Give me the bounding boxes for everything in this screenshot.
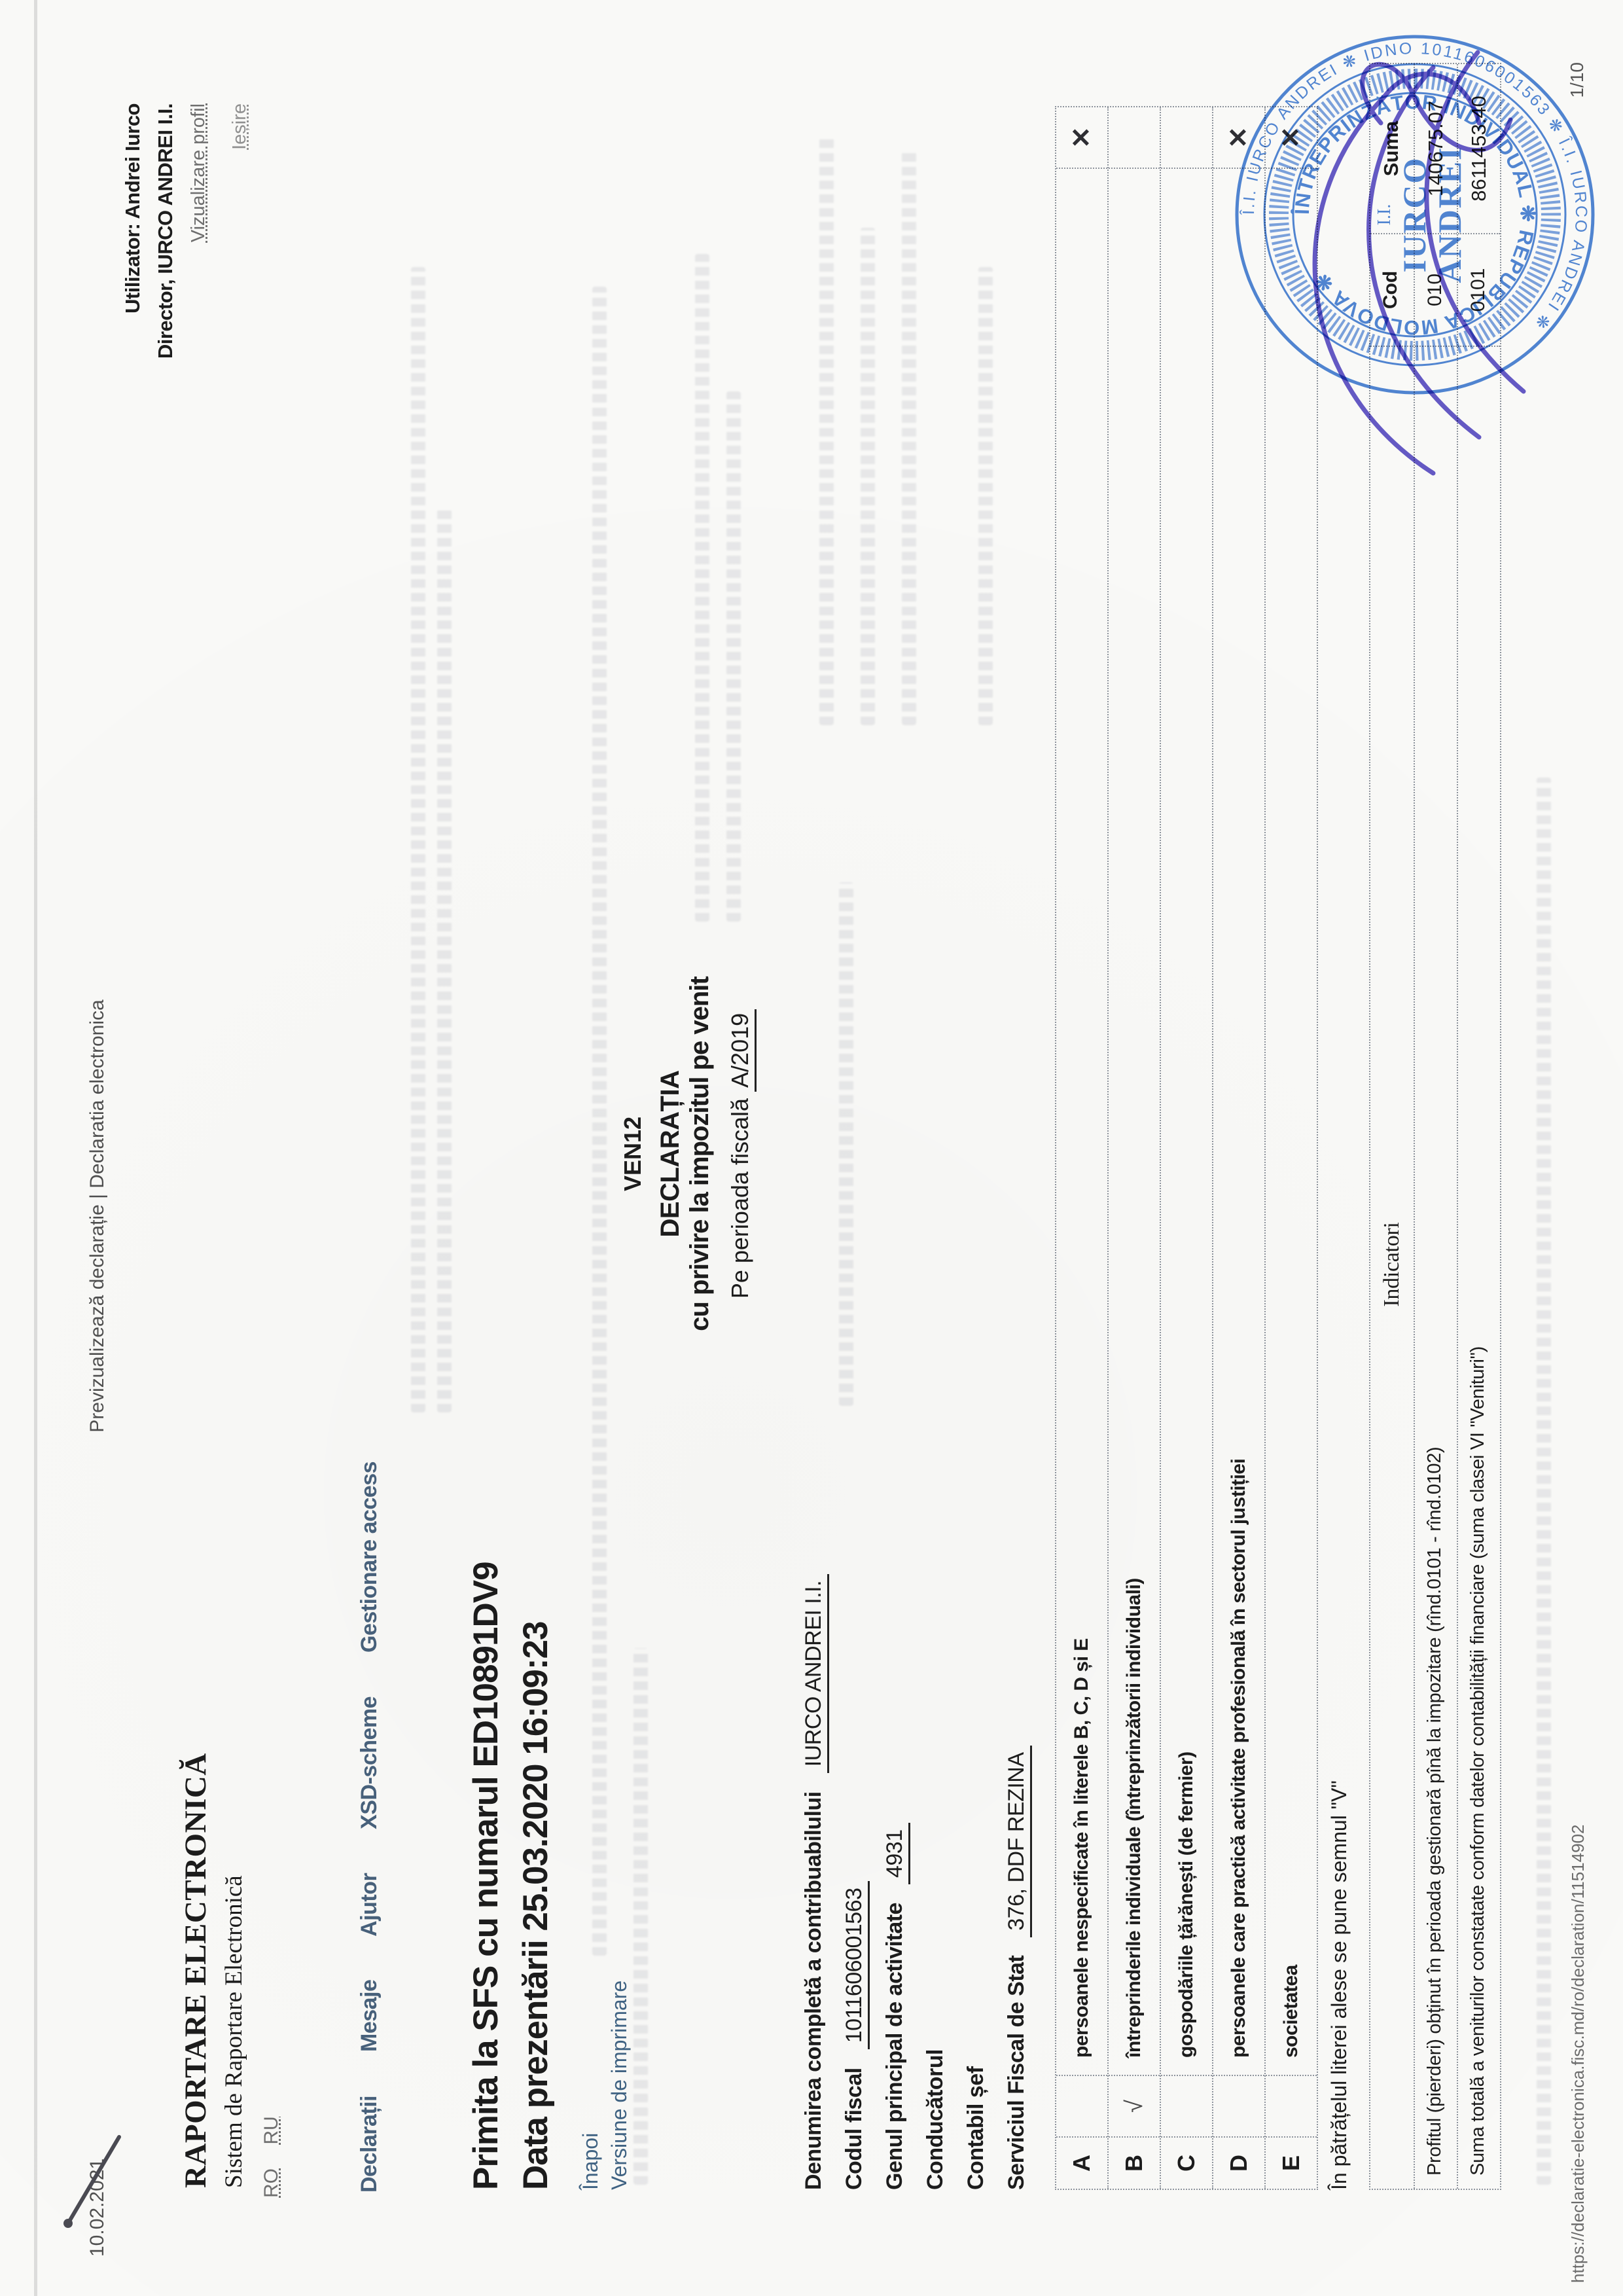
- user-panel: Utilizator: Andrei Iurco Director, IURCO…: [116, 103, 259, 359]
- menu-item-gestionare-access[interactable]: Gestionare access: [357, 1462, 382, 1653]
- menu-item-declaratii[interactable]: Declarații: [357, 2096, 382, 2193]
- table-row: C gospodăriile țărănești (de fermier): [1161, 107, 1213, 2189]
- fiscal-period-line: Pe perioada fiscală A/2019: [726, 696, 754, 1612]
- faint-text-strip: [902, 149, 916, 725]
- row-letter: D: [1213, 2136, 1264, 2189]
- field-row: Genul principal de activitate4931: [882, 1574, 923, 2190]
- menu-item-xsd-scheme[interactable]: XSD-scheme: [357, 1696, 382, 1829]
- declaration-title: DECLARAȚIA: [656, 696, 685, 1612]
- landscape-sheet: 10.02.2021 Previzualizează declarație | …: [0, 0, 1623, 2296]
- form-code: VEN12: [619, 696, 647, 1612]
- field-label: Genul principal de activitate: [882, 1903, 907, 2190]
- back-link[interactable]: Înapoi: [579, 2133, 603, 2190]
- row-label: gospodăriile țărănești (de fermier): [1175, 169, 1198, 2075]
- print-url: https://declaratie-electronica.fisc.md/r…: [1568, 1825, 1588, 2283]
- row-checkbox: [1161, 2075, 1212, 2136]
- site-title: RAPORTARE ELECTRONICĂ: [178, 1753, 213, 2188]
- table-row: B √ întreprinderile individuale (întrepr…: [1109, 107, 1161, 2189]
- faint-text-strip: [411, 267, 425, 1412]
- row-x-mark: [1109, 107, 1160, 169]
- field-value: 4931: [882, 1823, 910, 1884]
- declaration-header: VEN12 DECLARAȚIA cu privire la impozitul…: [619, 696, 754, 1612]
- field-value: IURCO ANDREI I.I.: [801, 1574, 829, 1773]
- lang-ro-link[interactable]: RO: [260, 2168, 282, 2198]
- received-heading: Primita la SFS cu numarul ED10891DV9: [466, 1562, 506, 2190]
- field-row: Codul fiscal1011606001563: [842, 1574, 882, 2190]
- language-switcher: RO RU: [260, 2098, 283, 2198]
- field-row: Conducătorul: [923, 1574, 963, 2190]
- faint-text-strip: [437, 509, 452, 1412]
- faint-text-strip: [1537, 778, 1551, 2185]
- fiscal-period-label: Pe perioada fiscală: [726, 1098, 753, 1299]
- user-name-line: Utilizator: Andrei Iurco: [116, 103, 149, 359]
- signature-ink: [1217, 5, 1584, 490]
- field-label: Contabil șef: [963, 2066, 988, 2190]
- header-indicatori: Indicatori: [1370, 347, 1414, 2189]
- menu-item-mesaje[interactable]: Mesaje: [357, 1980, 382, 2052]
- row-x-mark: ✕: [1056, 107, 1107, 169]
- declaration-subtitle: cu privire la impozitul pe venit: [685, 696, 715, 1612]
- row-checkbox: [1056, 2075, 1107, 2136]
- table-row: A persoanele nespecificate în literele B…: [1056, 107, 1109, 2189]
- indicator-text: Profitul (pierderi) obținut în perioada …: [1415, 347, 1457, 2189]
- field-row: Denumirea completă a contribuabiluluiIUR…: [801, 1574, 842, 2190]
- submission-date-heading: Data prezentării 25.03.2020 16:09:23: [516, 1622, 556, 2191]
- row-label: persoanele nespecificate în literele B, …: [1071, 169, 1093, 2075]
- menu-item-ajutor[interactable]: Ajutor: [357, 1873, 382, 1937]
- row-letter: B: [1109, 2136, 1160, 2189]
- row-checkbox: [1213, 2075, 1264, 2136]
- field-value: 1011606001563: [842, 1882, 870, 2050]
- faint-text-strip: [592, 287, 607, 1956]
- field-row: Contabil șef: [963, 1574, 1004, 2190]
- print-version-link[interactable]: Versiune de imprimare: [607, 1981, 632, 2190]
- faint-text-strip: [861, 228, 875, 725]
- indicator-text: Suma totală a veniturilor constatate con…: [1458, 347, 1500, 2189]
- row-checkbox: [1266, 2075, 1317, 2136]
- pen-stroke-mark: [59, 2123, 131, 2234]
- scan-edge-shadow: [34, 0, 37, 2296]
- field-label: Codul fiscal: [842, 2068, 866, 2190]
- field-row: Serviciul Fiscal de Stat376, DDF REZINA: [1004, 1574, 1044, 2190]
- row-label: întreprinderile individuale (întreprinză…: [1123, 169, 1145, 2075]
- lang-ru-link[interactable]: RU: [260, 2116, 282, 2144]
- logout-link[interactable]: Ieșire: [229, 103, 250, 150]
- row-letter: C: [1161, 2136, 1212, 2189]
- user-director-line: Director, IURCO ANDREI I.I.: [149, 103, 182, 359]
- print-title: Previzualizează declarație | Declaratia …: [86, 856, 109, 1576]
- scanned-print-page: 10.02.2021 Previzualizează declarație | …: [0, 0, 1623, 2296]
- view-profile-link[interactable]: Vizualizare profil: [188, 103, 209, 242]
- fiscal-period-value: A/2019: [726, 1009, 757, 1092]
- site-subtitle: Sistem de Raportare Electronică: [220, 1753, 248, 2188]
- field-label: Denumirea completă a contribuabilului: [801, 1791, 826, 2190]
- field-label: Conducătorul: [923, 2049, 948, 2190]
- checkbox-hint: În pătrățelul literei alese se pune semn…: [1327, 1780, 1351, 2190]
- row-x-mark: [1161, 107, 1212, 169]
- faint-text-strip: [819, 136, 834, 725]
- row-letter: E: [1266, 2136, 1317, 2189]
- row-checkbox: √: [1109, 2075, 1160, 2136]
- field-value: 376, DDF REZINA: [1004, 1746, 1032, 1937]
- print-page-number: 1/10: [1567, 62, 1588, 98]
- faint-text-strip: [839, 882, 853, 1406]
- faint-text-strip: [978, 267, 993, 725]
- field-label: Serviciul Fiscal de Stat: [1004, 1956, 1029, 2190]
- faint-text-strip: [633, 1648, 648, 2185]
- main-menu: Declarații Mesaje Ajutor XSD-scheme Gest…: [357, 1424, 382, 2193]
- site-brand: RAPORTARE ELECTRONICĂ Sistem de Raportar…: [178, 1753, 248, 2188]
- taxpayer-fields: Denumirea completă a contribuabiluluiIUR…: [801, 1574, 1044, 2190]
- row-letter: A: [1056, 2136, 1107, 2189]
